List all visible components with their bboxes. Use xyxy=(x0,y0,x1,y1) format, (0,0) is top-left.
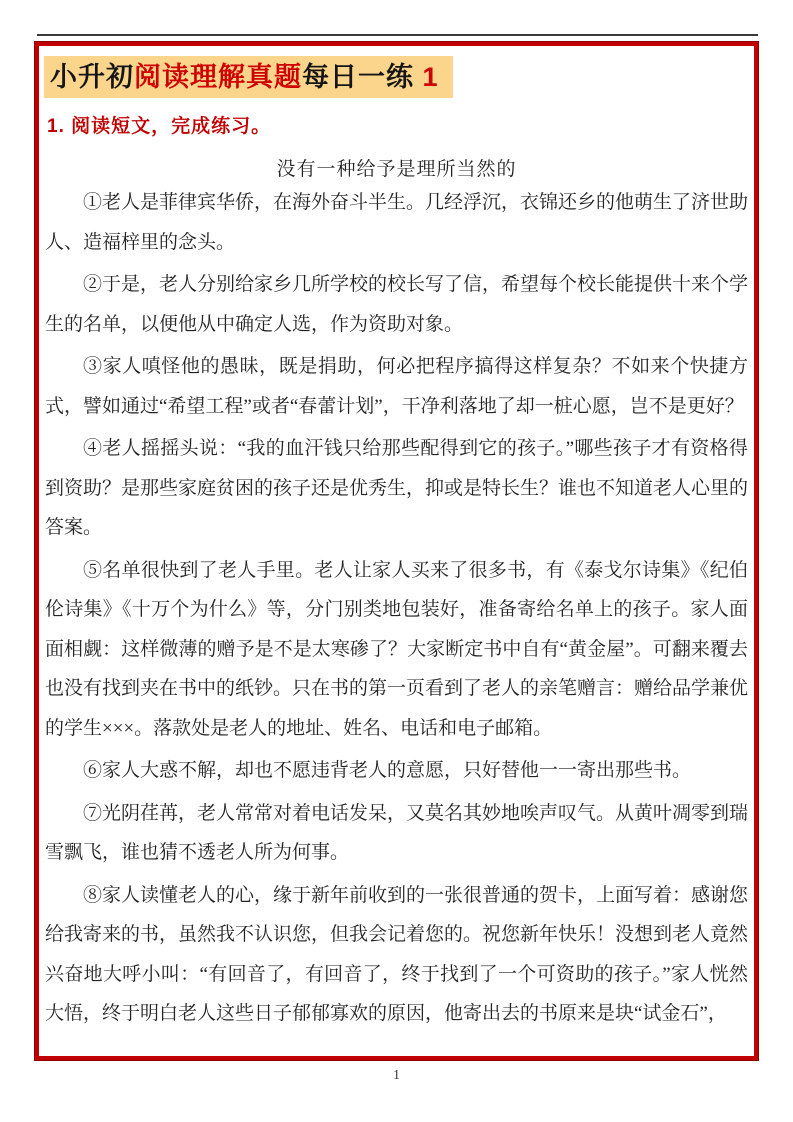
worksheet-frame: 小升初阅读理解真题每日一练 1 1. 阅读短文，完成练习。 没有一种给予是理所当… xyxy=(35,42,758,1060)
page-number: 1 xyxy=(0,1068,793,1084)
worksheet-title-part-3: 每日一练 xyxy=(302,62,414,92)
article-paragraph-8: ⑧家人读懂老人的心，缘于新年前收到的一张很普通的贺卡，上面写着：感谢您给我寄来的… xyxy=(45,876,748,1034)
worksheet-title-part-2: 阅读理解真题 xyxy=(134,62,302,92)
article-paragraph-7: ⑦光阴荏苒，老人常常对着电话发呆，又莫名其妙地唉声叹气。从黄叶凋零到瑞雪飘飞，谁… xyxy=(45,794,748,873)
article-paragraph-3: ③家人嗔怪他的愚昧，既是捐助，何必把程序搞得这样复杂？不如来个快捷方式，譬如通过… xyxy=(45,347,748,426)
worksheet-title-part-1: 小升初 xyxy=(50,62,134,92)
article-paragraph-4: ④老人摇摇头说：“我的血汗钱只给那些配得到它的孩子。”哪些孩子才有资格得到资助？… xyxy=(45,429,748,548)
article: 没有一种给予是理所当然的 ①老人是菲律宾华侨，在海外奋斗半生。几经浮沉，衣锦还乡… xyxy=(45,154,748,1034)
article-title: 没有一种给予是理所当然的 xyxy=(45,154,748,181)
article-paragraph-1: ①老人是菲律宾华侨，在海外奋斗半生。几经浮沉，衣锦还乡的他萌生了济世助人、造福梓… xyxy=(45,183,748,262)
article-paragraph-5: ⑤名单很快到了老人手里。老人让家人买来了很多书，有《泰戈尔诗集》《纪伯伦诗集》《… xyxy=(45,551,748,749)
section-instruction: 1. 阅读短文，完成练习。 xyxy=(47,111,748,138)
worksheet-title-part-4: 1 xyxy=(414,62,439,92)
worksheet-title: 小升初阅读理解真题每日一练 1 xyxy=(44,56,453,98)
article-paragraph-2: ②于是，老人分别给家乡几所学校的校长写了信，希望每个校长能提供十来个学生的名单，… xyxy=(45,265,748,344)
header-rule xyxy=(37,34,758,36)
article-paragraph-6: ⑥家人大惑不解，却也不愿违背老人的意愿，只好替他一一寄出那些书。 xyxy=(45,751,748,791)
